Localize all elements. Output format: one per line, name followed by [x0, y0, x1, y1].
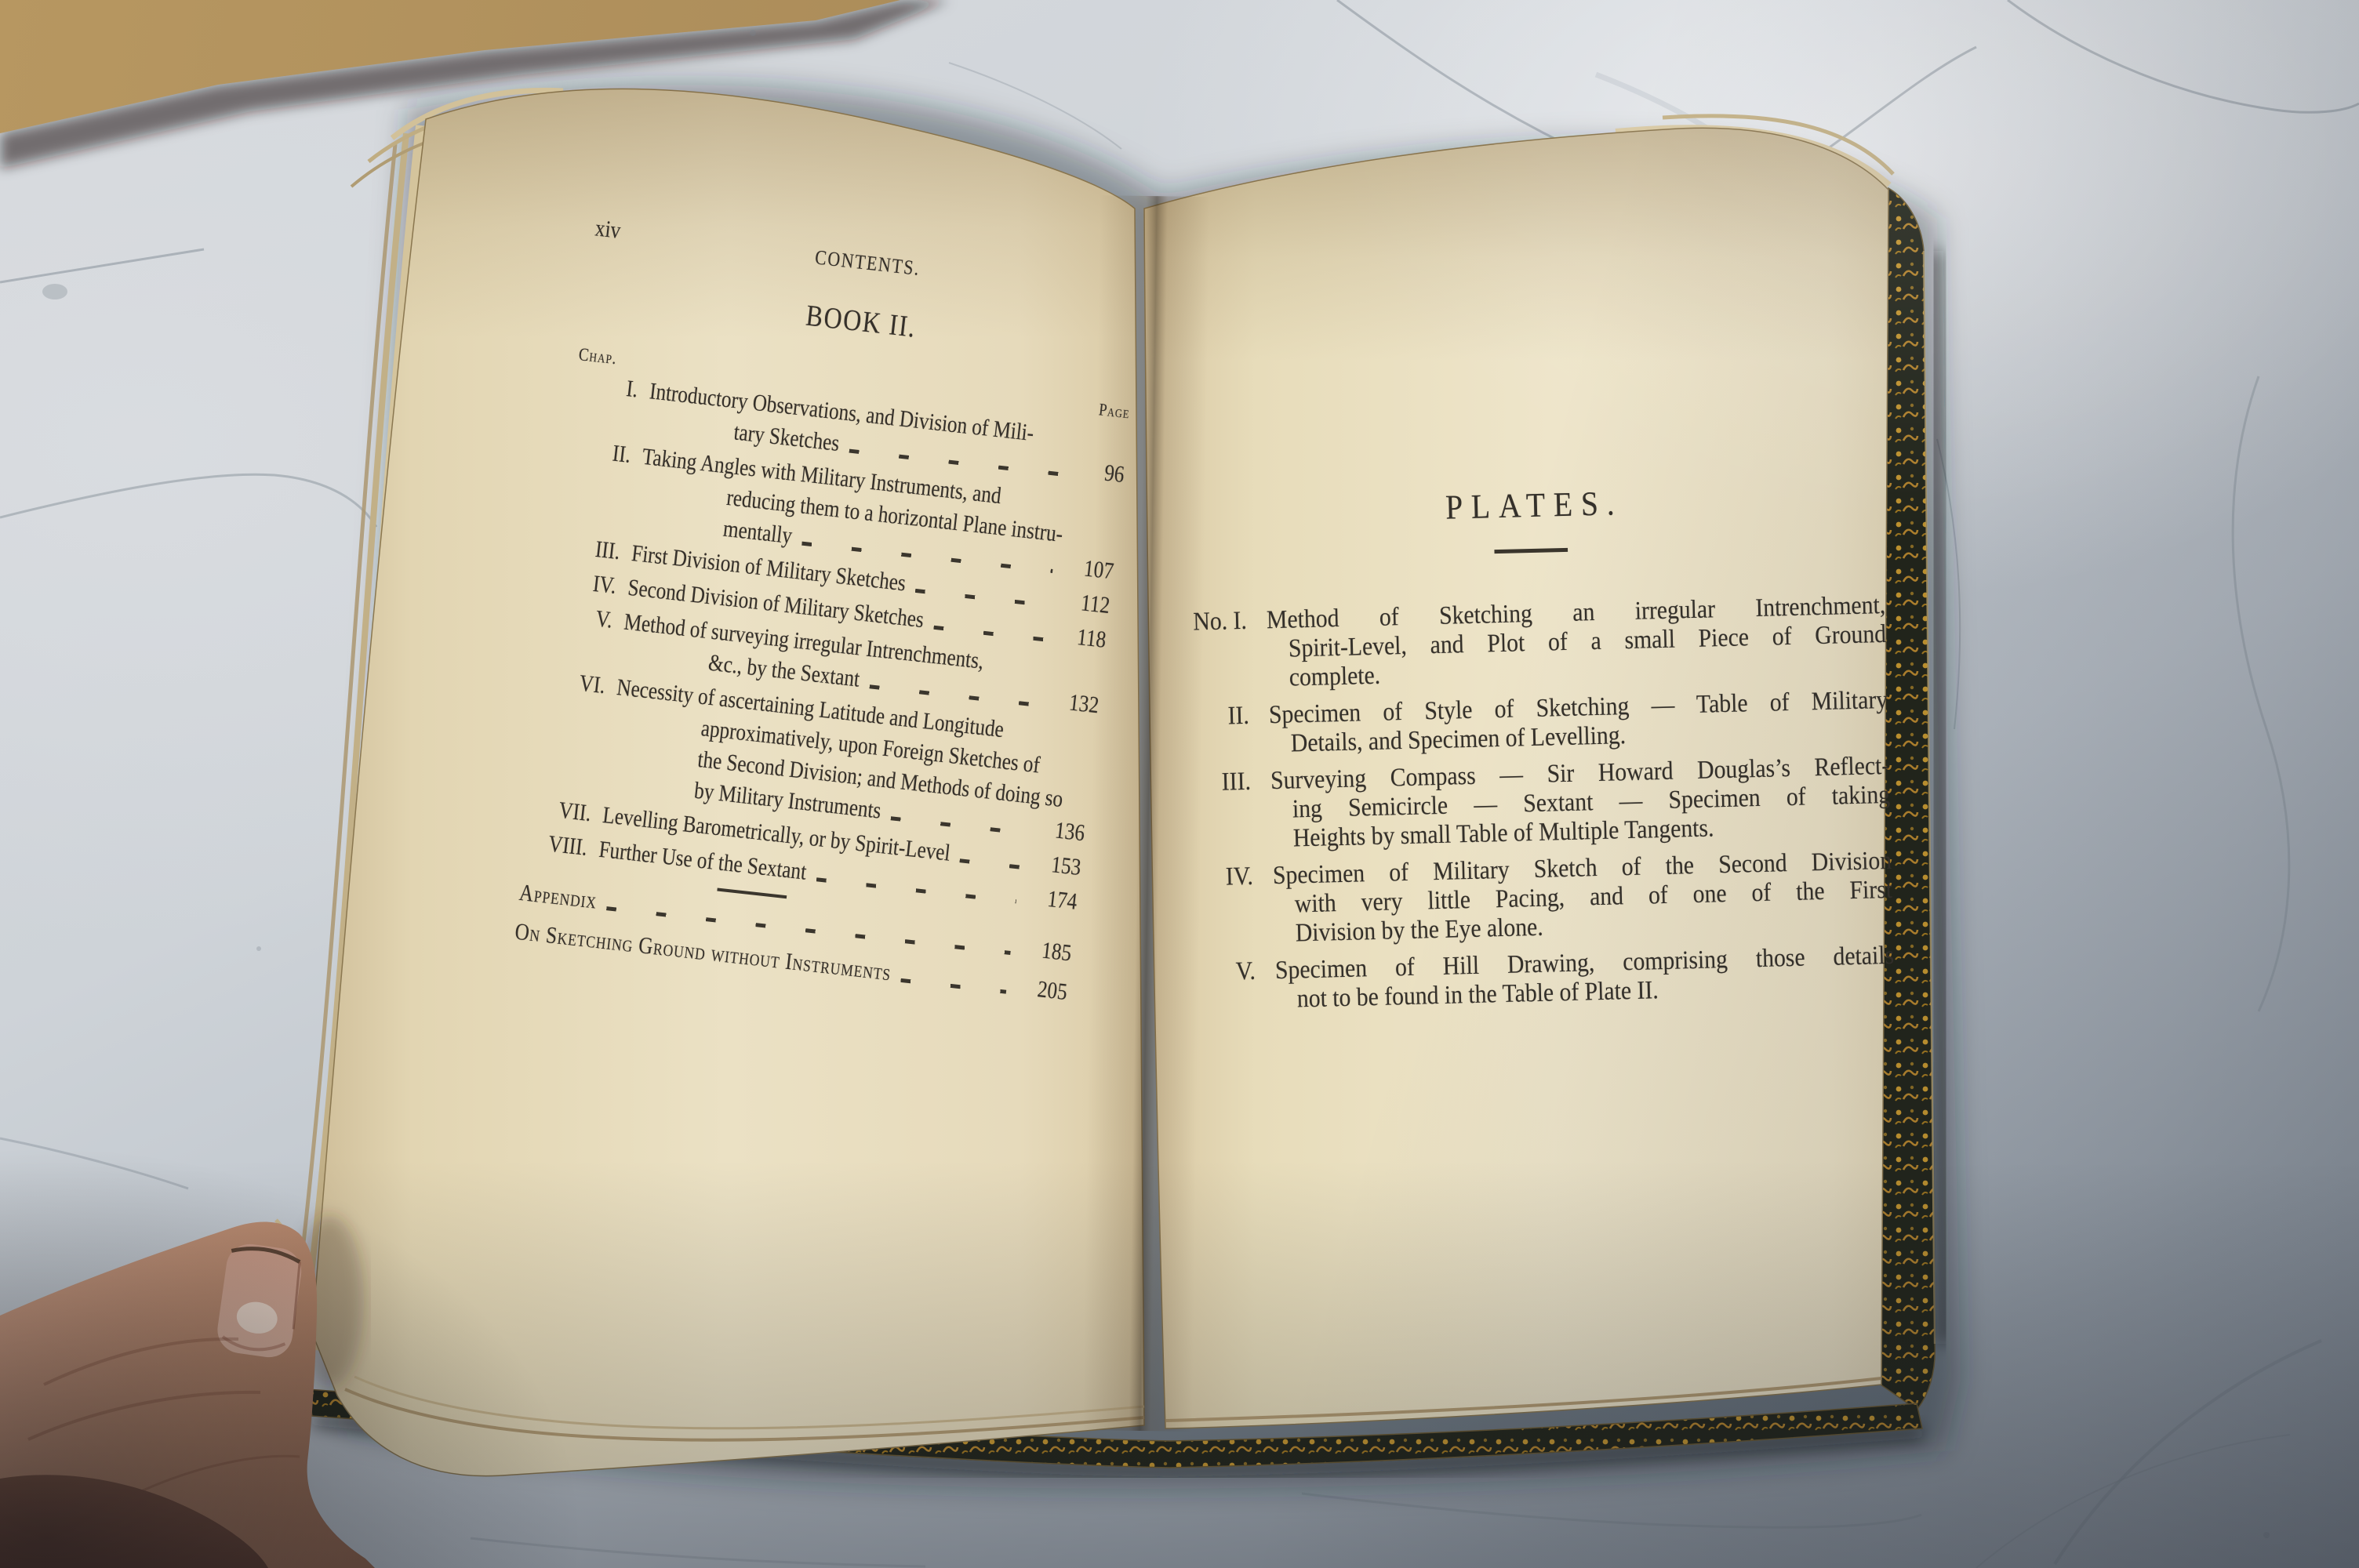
scene: xiv CONTENTS. BOOK II. Chap. Page I.Intr… — [0, 0, 2359, 1568]
hand — [0, 0, 2359, 1568]
thumbnail — [215, 1241, 305, 1360]
